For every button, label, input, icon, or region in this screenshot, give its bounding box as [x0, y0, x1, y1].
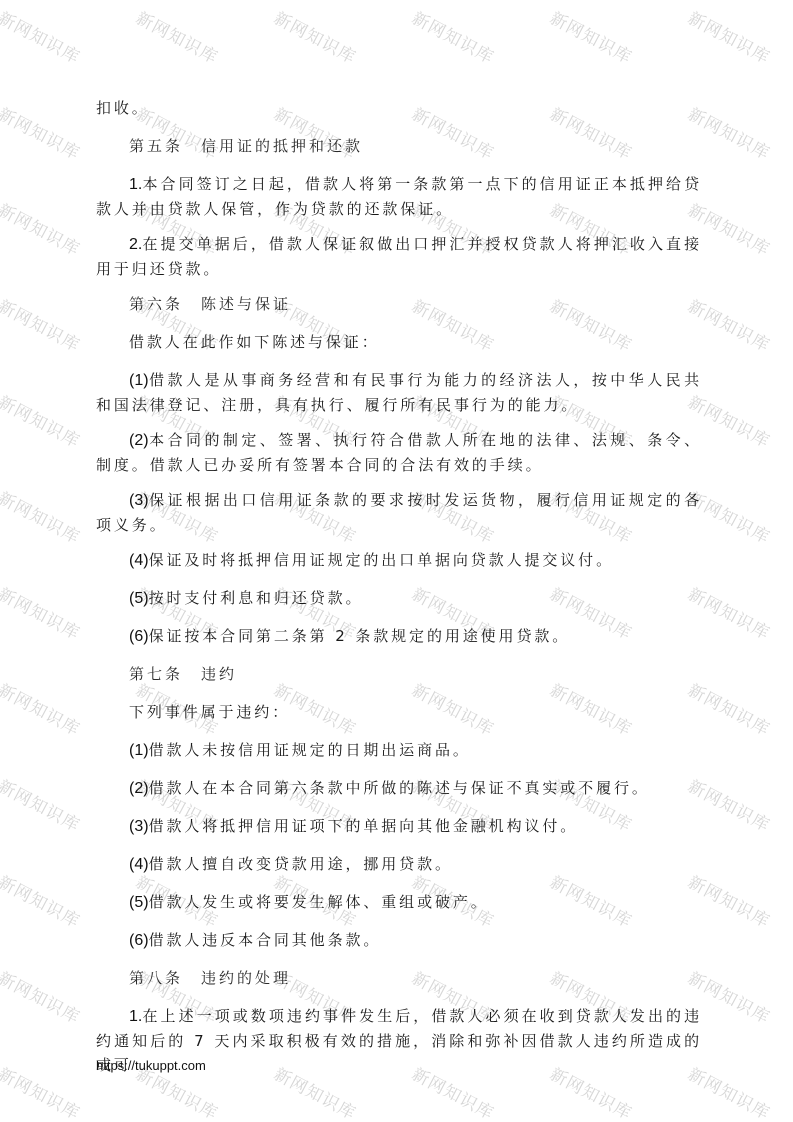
paragraph-text: 借款人未按信用证规定的日期出运商品。: [149, 741, 471, 759]
clause-number: 1.: [129, 176, 142, 193]
article-7-item-3: (3)借款人将抵押信用证项下的单据向其他金融机构议付。: [96, 814, 702, 839]
paragraph-text: 按时支付利息和归还贷款。: [149, 589, 364, 607]
paragraph-text: 下列事件属于违约：: [129, 703, 290, 721]
article-6-heading: 第六条 陈述与保证: [96, 292, 702, 316]
watermark-text: 新网知识库: [0, 1060, 85, 1122]
paragraph-text: 保证及时将抵押信用证规定的出口单据向贷款人提交议付。: [149, 551, 614, 569]
watermark-text: 新网知识库: [408, 4, 499, 68]
paragraph-text: 保证根据出口信用证条款的要求按时发运货物，履行信用证规定的各项义务。: [96, 491, 702, 534]
watermark-text: 新网知识库: [0, 4, 85, 68]
heading-text: 第七条 违约: [129, 665, 237, 683]
article-6-item-5: (5)按时支付利息和归还贷款。: [96, 586, 702, 611]
watermark-text: 新网知识库: [0, 868, 85, 932]
article-8-heading: 第八条 违约的处理: [96, 966, 702, 990]
heading-text: 第五条 信用证的抵押和还款: [129, 137, 363, 155]
article-6-item-6: (6)保证按本合同第二条第 2 条款规定的用途使用贷款。: [96, 624, 702, 649]
paragraph-0: 扣收。: [96, 96, 702, 120]
paragraph-text: 借款人在本合同第六条款中所做的陈述与保证不真实或不履行。: [149, 779, 650, 797]
article-5-clause-2: 2.在提交单据后，借款人保证叙做出口押汇并授权贷款人将押汇收入直接用于归还贷款。: [96, 232, 702, 281]
watermark-text: 新网知识库: [0, 292, 85, 356]
item-number: (5): [129, 894, 149, 911]
watermark-text: 新网知识库: [0, 196, 85, 260]
paragraph-text: 借款人发生或将要发生解体、重组或破产。: [149, 893, 489, 911]
heading-text: 第八条 违约的处理: [129, 969, 291, 987]
item-number: (3): [129, 492, 149, 509]
article-7-item-1: (1)借款人未按信用证规定的日期出运商品。: [96, 738, 702, 763]
paragraph-text: 借款人擅自改变贷款用途，挪用贷款。: [149, 855, 453, 873]
paragraph-text: 借款人将抵押信用证项下的单据向其他金融机构议付。: [149, 817, 579, 835]
watermark-text: 新网知识库: [132, 4, 223, 68]
paragraph-text: 借款人是从事商务经营和有民事行为能力的经济法人，按中华人民共和国法律登记、注册，…: [96, 371, 702, 414]
watermark-text: 新网知识库: [0, 100, 85, 164]
watermark-text: 新网知识库: [0, 580, 85, 644]
watermark-text: 新网知识库: [0, 772, 85, 836]
watermark-text: 新网知识库: [0, 388, 85, 452]
item-number: (2): [129, 780, 149, 797]
article-7-item-5: (5)借款人发生或将要发生解体、重组或破产。: [96, 890, 702, 915]
article-7-intro: 下列事件属于违约：: [96, 700, 702, 724]
item-number: (6): [129, 932, 149, 949]
item-number: (1): [129, 372, 149, 389]
article-6-item-1: (1)借款人是从事商务经营和有民事行为能力的经济法人，按中华人民共和国法律登记、…: [96, 368, 702, 417]
item-number: (3): [129, 818, 149, 835]
watermark-text: 新网知识库: [684, 4, 775, 68]
article-7-item-2: (2)借款人在本合同第六条款中所做的陈述与保证不真实或不履行。: [96, 776, 702, 801]
watermark-text: 新网知识库: [546, 4, 637, 68]
article-6-intro: 借款人在此作如下陈述与保证：: [96, 330, 702, 354]
article-6-item-4: (4)保证及时将抵押信用证规定的出口单据向贷款人提交议付。: [96, 548, 702, 573]
article-7-item-6: (6)借款人违反本合同其他条款。: [96, 928, 702, 953]
paragraph-text: 扣收。: [96, 99, 150, 117]
item-number: (6): [129, 628, 149, 645]
article-5-clause-1: 1.本合同签订之日起，借款人将第一条款第一点下的信用证正本抵押给贷款人并由贷款人…: [96, 172, 702, 221]
article-6-item-2: (2)本合同的制定、签署、执行符合借款人所在地的法律、法规、条令、制度。借款人已…: [96, 428, 702, 477]
watermark-text: 新网知识库: [270, 4, 361, 68]
item-number: (4): [129, 856, 149, 873]
article-7-item-4: (4)借款人擅自改变贷款用途，挪用贷款。: [96, 852, 702, 877]
watermark-text: 新网知识库: [0, 964, 85, 1028]
paragraph-text: 本合同签订之日起，借款人将第一条款第一点下的信用证正本抵押给贷款人并由贷款人保管…: [96, 175, 702, 218]
article-6-item-3: (3)保证根据出口信用证条款的要求按时发运货物，履行信用证规定的各项义务。: [96, 488, 702, 537]
paragraph-text: 保证按本合同第二条第 2 条款规定的用途使用贷款。: [149, 627, 571, 645]
watermark-text: 新网知识库: [0, 676, 85, 740]
watermark-text: 新网知识库: [0, 484, 85, 548]
article-7-heading: 第七条 违约: [96, 662, 702, 686]
item-number: (2): [129, 432, 149, 449]
footer-url-link[interactable]: https://tukuppt.com: [96, 1058, 206, 1073]
clause-number: 1.: [129, 1008, 142, 1025]
clause-number: 2.: [129, 236, 142, 253]
item-number: (5): [129, 590, 149, 607]
paragraph-text: 借款人在此作如下陈述与保证：: [129, 333, 380, 351]
paragraph-text: 在提交单据后，借款人保证叙做出口押汇并授权贷款人将押汇收入直接用于归还贷款。: [96, 235, 702, 278]
article-5-heading: 第五条 信用证的抵押和还款: [96, 134, 702, 158]
paragraph-text: 本合同的制定、签署、执行符合借款人所在地的法律、法规、条令、制度。借款人已办妥所…: [96, 431, 702, 474]
paragraph-text: 借款人违反本合同其他条款。: [149, 931, 382, 949]
heading-text: 第六条 陈述与保证: [129, 295, 291, 313]
item-number: (4): [129, 552, 149, 569]
item-number: (1): [129, 742, 149, 759]
